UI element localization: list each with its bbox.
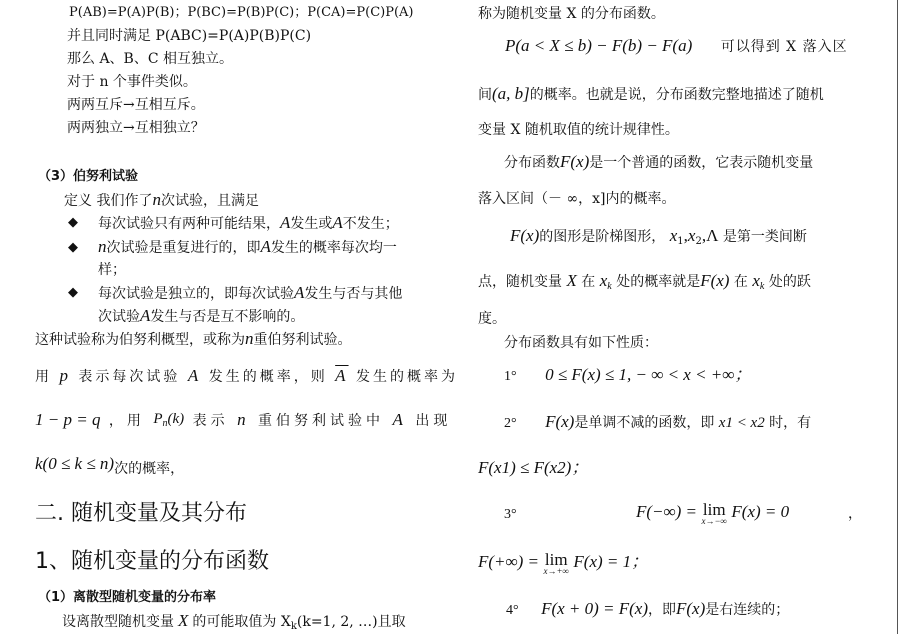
property-4: 4° F(x + 0) = F(x)，即F(x)是右连续的； bbox=[506, 600, 789, 620]
property-3-formula: F(−∞) = limx→−∞ F(x) = 0 bbox=[636, 503, 789, 526]
property-2-cont: F(x1) ≤ F(x2)； bbox=[478, 459, 588, 478]
subsection-heading: 1、随机变量的分布函数 bbox=[35, 548, 269, 576]
property-3: 3° bbox=[504, 505, 517, 524]
properties-intro: 分布函数具有如下性质： bbox=[504, 334, 658, 352]
bullet-2-text-cont: 样； bbox=[98, 261, 126, 279]
bernoulli-definition: 定义 我们作了n次试验，且满足 bbox=[64, 191, 259, 210]
cdf-description-line-1: 分布函数F(x)是一个普通的函数，它表示随机变量 bbox=[504, 153, 813, 172]
bullet-3-text-cont: 次试验A发生与否是互不影响的。 bbox=[98, 307, 304, 326]
discrete-line: 设离散型随机变量X的可能取值为 Xk(k=1, 2, …)且取 bbox=[62, 612, 406, 634]
probability-line-1: 用 p 表示每次试验 A 发生的概率，则 A 发生的概率为 bbox=[35, 367, 458, 386]
property-1: 1° 0 ≤ F(x) ≤ 1, − ∞ < x < +∞； bbox=[504, 366, 751, 386]
interval-line-3: 变量 X 随机取值的统计规律性。 bbox=[478, 121, 679, 139]
interval-probability-line: P(a < X ≤ b) − F(b) − F(a) 可以得到 X 落入区 bbox=[505, 37, 848, 56]
page-border bbox=[897, 0, 898, 634]
step-graph-line-3: 度。 bbox=[478, 310, 506, 328]
bullet-2-text: n次试验是重复进行的，即A发生的概率每次均一 bbox=[98, 238, 397, 257]
independence-line-3: 那么 A、B、C 相互独立。 bbox=[67, 50, 233, 68]
cdf-definition-tail: 称为随机变量 X 的分布函数。 bbox=[478, 5, 665, 23]
independence-line-4: 对于 n 个事件类似。 bbox=[67, 73, 197, 91]
independence-line-2: 并且同时满足 P(ABC)=P(A)P(B)P(C) bbox=[67, 27, 311, 45]
bullet-diamond-icon: ◆ bbox=[68, 215, 78, 230]
probability-line-3: k(0 ≤ k ≤ n)次的概率， bbox=[35, 455, 184, 478]
property-3-comma: ， bbox=[848, 505, 862, 523]
bullet-diamond-icon: ◆ bbox=[68, 240, 78, 255]
property-3-cont: F(+∞) = limx→+∞ F(x) = 1； bbox=[478, 553, 648, 576]
step-graph-line-2: 点，随机变量 X 在 xk 处的概率就是F(x) 在 xk 处的跃 bbox=[478, 272, 811, 296]
independence-line-5: 两两互斥→互相互斥。 bbox=[67, 96, 205, 114]
section-heading: 二. 随机变量及其分布 bbox=[35, 500, 247, 528]
probability-line-2: 1 − p = q ，用 Pn(k) 表示 n 重伯努利试验中 A 出现 bbox=[35, 410, 451, 433]
interval-line-2: 间(a, b]的概率。也就是说，分布函数完整地描述了随机 bbox=[478, 85, 824, 104]
discrete-heading: （1）离散型随机变量的分布率 bbox=[38, 589, 216, 607]
bullet-3-text: 每次试验是独立的，即每次试验A发生与否与其他 bbox=[98, 284, 402, 303]
bullet-diamond-icon: ◆ bbox=[68, 285, 78, 300]
step-graph-line-1: F(x)的图形是阶梯图形， x1,x2,Λ 是第一类间断 bbox=[510, 227, 807, 251]
bullet-1-text: 每次试验只有两种可能结果，A发生或A不发生； bbox=[98, 214, 399, 233]
independence-line-6: 两两独立→互相独立？ bbox=[67, 119, 205, 137]
cdf-description-line-2: 落入区间（－ ∞，x]内的概率。 bbox=[478, 190, 675, 208]
bernoulli-model-text: 这种试验称为伯努利概型，或称为n重伯努利试验。 bbox=[35, 330, 352, 349]
independence-line-1: P(AB)=P(A)P(B)；P(BC)=P(B)P(C)；P(CA)=P(C)… bbox=[69, 4, 414, 22]
bernoulli-heading: （3）伯努利试验 bbox=[38, 168, 138, 186]
property-2: 2° F(x)是单调不减的函数，即 x1 < x2 时，有 bbox=[504, 413, 811, 433]
